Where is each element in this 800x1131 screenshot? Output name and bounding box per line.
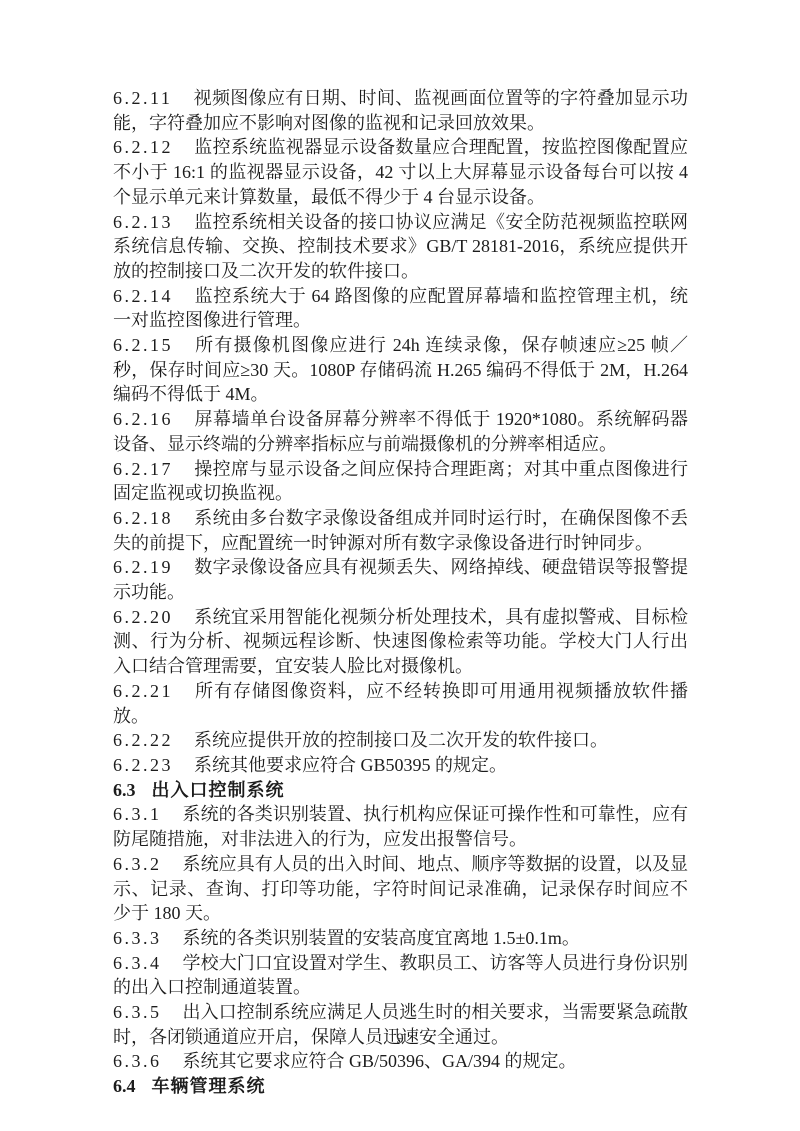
clause-text: 系统其他要求应符合 GB50395 的规定。 <box>194 755 507 775</box>
clause-number: 6.3.6 <box>113 1051 162 1071</box>
clause-6.3.1: 6.3.1系统的各类识别装置、执行机构应保证可操作性和可靠性，应有防尾随措施，对… <box>113 802 688 851</box>
clause-6.2.15: 6.2.15所有摄像机图像应进行 24h 连续录像，保存帧速应≥25 帧／秒，保… <box>113 333 688 407</box>
clause-text: 系统宜采用智能化视频分析处理技术，具有虚拟警戒、目标检测、行为分析、视频远程诊断… <box>113 607 688 676</box>
clause-text: 监控系统大于 64 路图像的应配置屏幕墙和监控管理主机，统一对监控图像进行管理。 <box>113 286 688 331</box>
clause-number: 6.2.14 <box>113 286 173 306</box>
section-heading-6.4: 6.4车辆管理系统 <box>113 1074 688 1099</box>
clause-6.3.3: 6.3.3系统的各类识别装置的安装高度宜离地 1.5±0.1m。 <box>113 926 688 951</box>
page-number: 9 <box>396 1031 404 1047</box>
section-number: 6.4 <box>113 1076 136 1096</box>
clause-number: 6.2.19 <box>113 557 173 577</box>
clause-6.2.12: 6.2.12监控系统监视器显示设备数量应合理配置，按监控图像配置应不小于 16:… <box>113 135 688 209</box>
page-footer: 9 <box>0 1031 800 1048</box>
clause-text: 监控系统监视器显示设备数量应合理配置，按监控图像配置应不小于 16:1 的监视器… <box>113 137 688 206</box>
clause-number: 6.3.2 <box>113 854 162 874</box>
clause-number: 6.2.17 <box>113 459 173 479</box>
clause-text: 系统应提供开放的控制接口及二次开发的软件接口。 <box>194 730 608 750</box>
clause-6.2.14: 6.2.14监控系统大于 64 路图像的应配置屏幕墙和监控管理主机，统一对监控图… <box>113 284 688 333</box>
clause-number: 6.2.21 <box>113 681 173 701</box>
clause-text: 系统由多台数字录像设备组成并同时运行时，在确保图像不丢失的前提下，应配置统一时钟… <box>113 508 688 553</box>
section-title: 车辆管理系统 <box>152 1076 266 1096</box>
clause-text: 系统应具有人员的出入时间、地点、顺序等数据的设置，以及显示、记录、查询、打印等功… <box>113 854 688 923</box>
clause-text: 数字录像设备应具有视频丢失、网络掉线、硬盘错误等报警提示功能。 <box>113 557 688 602</box>
section-number: 6.3 <box>113 780 136 800</box>
clause-6.2.16: 6.2.16屏幕墙单台设备屏幕分辨率不得低于 1920*1080。系统解码器设备… <box>113 407 688 456</box>
clause-number: 6.2.13 <box>113 212 173 232</box>
clause-text: 屏幕墙单台设备屏幕分辨率不得低于 1920*1080。系统解码器设备、显示终端的… <box>113 409 688 454</box>
clause-6.3.2: 6.3.2系统应具有人员的出入时间、地点、顺序等数据的设置，以及显示、记录、查询… <box>113 852 688 926</box>
clause-number: 6.2.23 <box>113 755 173 775</box>
clause-6.2.17: 6.2.17操控席与显示设备之间应保持合理距离；对其中重点图像进行固定监视或切换… <box>113 457 688 506</box>
clause-text: 系统其它要求应符合 GB/50396、GA/394 的规定。 <box>183 1051 577 1071</box>
clause-number: 6.2.20 <box>113 607 173 627</box>
clause-text: 所有摄像机图像应进行 24h 连续录像，保存帧速应≥25 帧／秒，保存时间应≥3… <box>113 335 688 404</box>
clause-6.2.23: 6.2.23系统其他要求应符合 GB50395 的规定。 <box>113 753 688 778</box>
clause-number: 6.3.4 <box>113 953 162 973</box>
clause-number: 6.3.3 <box>113 928 162 948</box>
clause-number: 6.3.1 <box>113 804 162 824</box>
clause-number: 6.2.22 <box>113 730 173 750</box>
clause-number: 6.3.5 <box>113 1002 162 1022</box>
document-body: 6.2.11视频图像应有日期、时间、监视画面位置等的字符叠加显示功能，字符叠加应… <box>113 86 688 1099</box>
clause-6.2.20: 6.2.20系统宜采用智能化视频分析处理技术，具有虚拟警戒、目标检测、行为分析、… <box>113 605 688 679</box>
document-page: { "page": { "number": "9" }, "document":… <box>0 0 800 1131</box>
clause-number: 6.2.18 <box>113 508 173 528</box>
clause-text: 学校大门口宜设置对学生、教职员工、访客等人员进行身份识别的出入口控制通道装置。 <box>113 953 688 998</box>
clause-text: 系统的各类识别装置的安装高度宜离地 1.5±0.1m。 <box>183 928 580 948</box>
clause-text: 所有存储图像资料，应不经转换即可用通用视频播放软件播放。 <box>113 681 688 726</box>
clause-6.2.13: 6.2.13监控系统相关设备的接口协议应满足《安全防范视频监控联网系统信息传输、… <box>113 210 688 284</box>
clause-6.2.21: 6.2.21所有存储图像资料，应不经转换即可用通用视频播放软件播放。 <box>113 679 688 728</box>
section-heading-6.3: 6.3出入口控制系统 <box>113 778 688 803</box>
clause-text: 操控席与显示设备之间应保持合理距离；对其中重点图像进行固定监视或切换监视。 <box>113 459 688 504</box>
clause-number: 6.2.15 <box>113 335 173 355</box>
clause-6.2.22: 6.2.22系统应提供开放的控制接口及二次开发的软件接口。 <box>113 728 688 753</box>
clause-6.3.6: 6.3.6系统其它要求应符合 GB/50396、GA/394 的规定。 <box>113 1049 688 1074</box>
clause-number: 6.2.11 <box>113 88 172 108</box>
clause-6.2.19: 6.2.19数字录像设备应具有视频丢失、网络掉线、硬盘错误等报警提示功能。 <box>113 555 688 604</box>
section-title: 出入口控制系统 <box>152 780 285 800</box>
clause-6.2.11: 6.2.11视频图像应有日期、时间、监视画面位置等的字符叠加显示功能，字符叠加应… <box>113 86 688 135</box>
clause-text: 系统的各类识别装置、执行机构应保证可操作性和可靠性，应有防尾随措施，对非法进入的… <box>113 804 688 849</box>
clause-number: 6.2.16 <box>113 409 173 429</box>
clause-text: 监控系统相关设备的接口协议应满足《安全防范视频监控联网系统信息传输、交换、控制技… <box>113 212 688 281</box>
clause-text: 视频图像应有日期、时间、监视画面位置等的字符叠加显示功能，字符叠加应不影响对图像… <box>113 88 688 133</box>
clause-number: 6.2.12 <box>113 137 173 157</box>
clause-6.2.18: 6.2.18系统由多台数字录像设备组成并同时运行时，在确保图像不丢失的前提下，应… <box>113 506 688 555</box>
clause-6.3.4: 6.3.4学校大门口宜设置对学生、教职员工、访客等人员进行身份识别的出入口控制通… <box>113 951 688 1000</box>
